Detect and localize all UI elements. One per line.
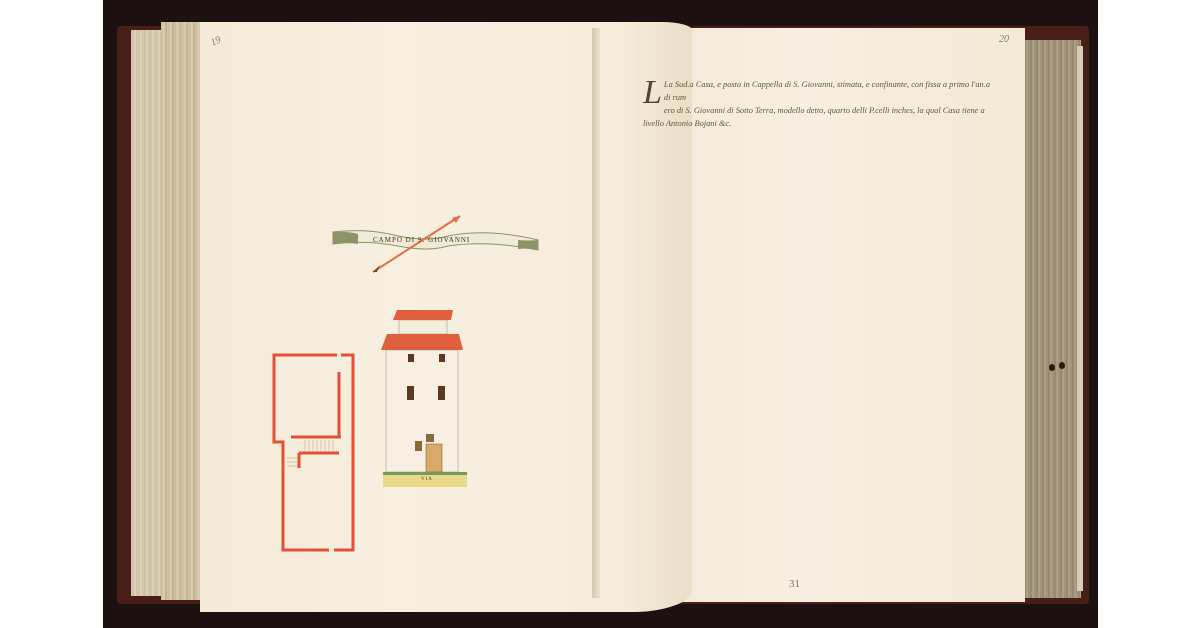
text-line: ero di S. Giovanni di Sotto Terra, model… [643,104,993,117]
floor-plan-drawing [269,350,364,560]
right-page-number: 20 [999,34,1009,45]
drop-cap: L [643,78,662,108]
photo-frame: 19 20 L La Sud.a Casa, e posta in Cappel… [103,0,1098,628]
house-elevation-drawing [381,306,471,491]
ink-blot [1049,364,1055,371]
ink-blot [1059,362,1065,369]
right-page-stack [1023,40,1081,598]
folio-mark: 31 [789,578,800,590]
manuscript-text: L La Sud.a Casa, e posta in Cappella di … [643,78,993,130]
banner-ribbon [328,210,543,280]
banner-label: CAMPO DI S. GIOVANNI [373,236,470,244]
text-line: livello Antonio Bojani &c. [643,117,993,130]
right-page-edge [1077,46,1083,591]
text-line: La Sud.a Casa, e posta in Cappella di S.… [643,78,993,104]
book-gutter [592,28,600,598]
left-page-stack-inner [161,22,205,600]
via-label: VIA [421,477,433,482]
